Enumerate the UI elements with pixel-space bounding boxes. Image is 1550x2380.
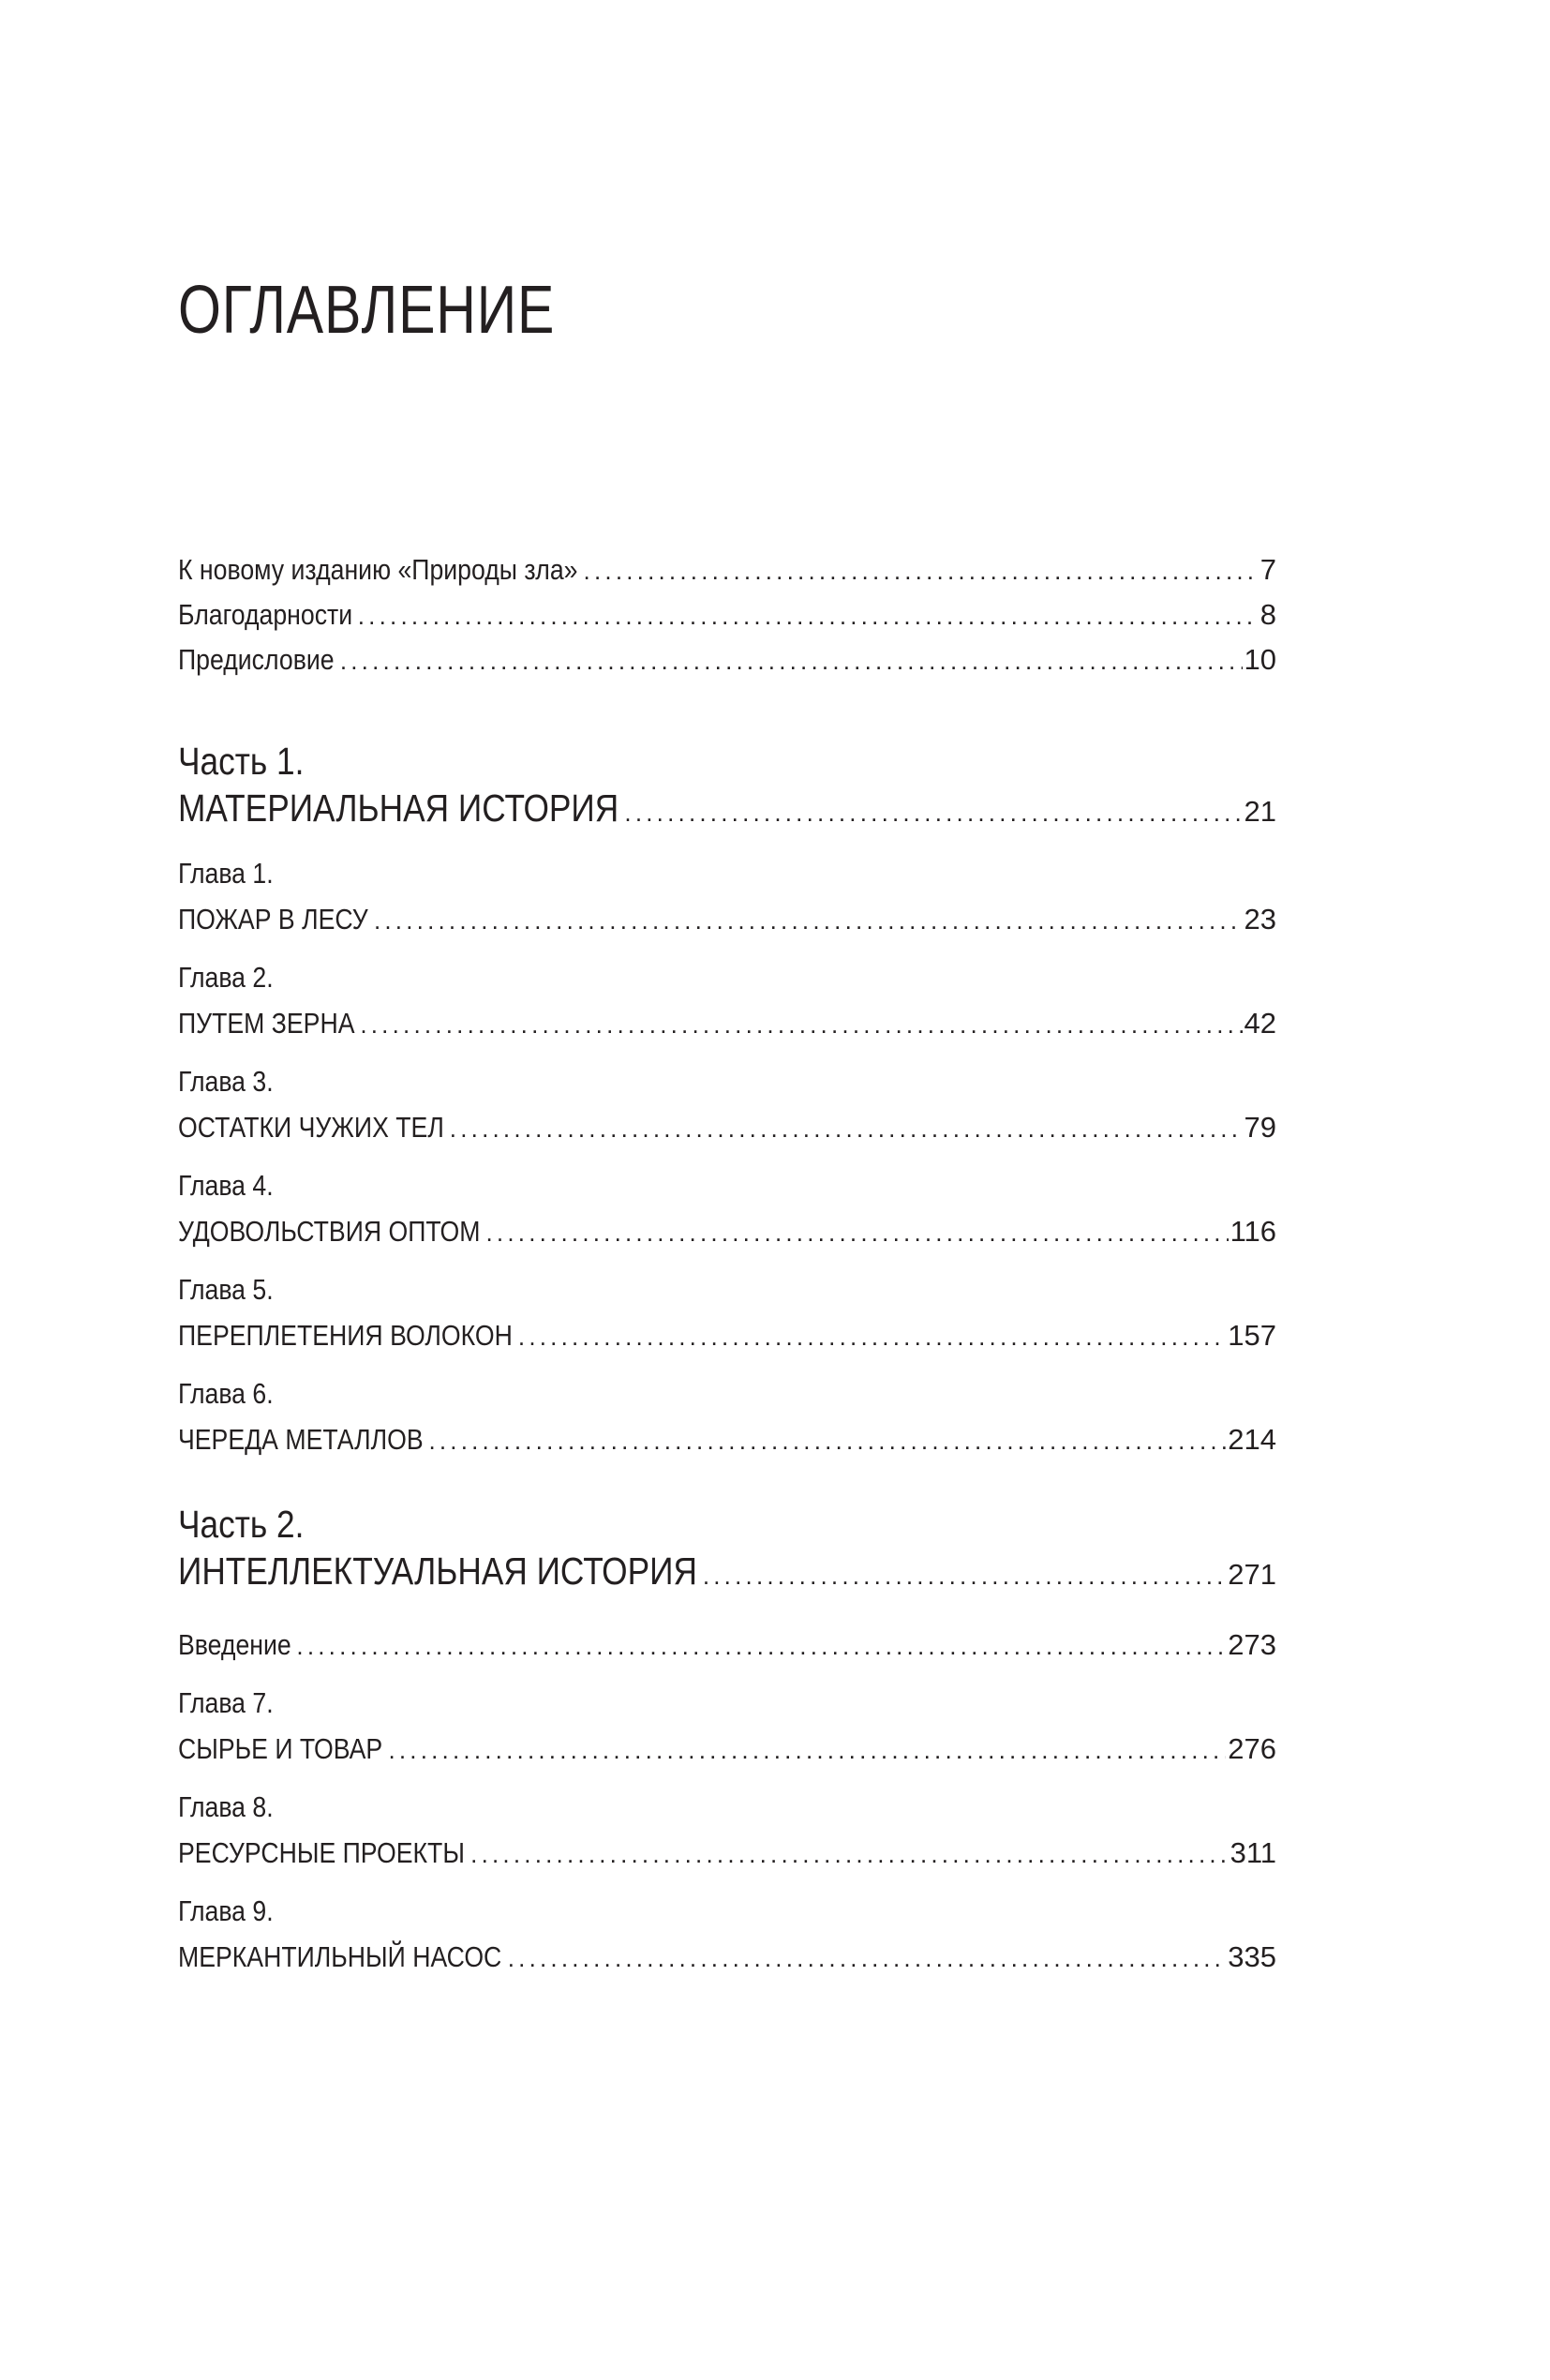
chapter-title: СЫРЬЕ И ТОВАР	[178, 1730, 382, 1768]
toc-entry-introduction[interactable]: Введение 273	[178, 1626, 1276, 1665]
leader-dots	[296, 1627, 1226, 1665]
chapter-title: РЕСУРСНЫЕ ПРОЕКТЫ	[178, 1834, 465, 1872]
part-label-text: Часть 2.	[178, 1501, 304, 1548]
toc-entry-title: Введение	[178, 1626, 291, 1664]
toc-entry-title: Предисловие	[178, 641, 335, 679]
chapter-title: ПОЖАР В ЛЕСУ	[178, 901, 368, 938]
toc-page-number: 335	[1228, 1938, 1276, 1976]
toc-page-number: 8	[1260, 596, 1276, 634]
toc-page-number: 23	[1244, 901, 1276, 938]
leader-dots	[340, 642, 1243, 680]
chapter-title: ПУТЕМ ЗЕРНА	[178, 1005, 354, 1042]
leader-dots	[374, 902, 1243, 939]
toc-page-number: 276	[1228, 1730, 1276, 1768]
toc-page-number: 214	[1228, 1421, 1276, 1459]
toc-entry-chapter-6[interactable]: ЧЕРЕДА МЕТАЛЛОВ 214	[178, 1421, 1276, 1459]
toc-page-number: 21	[1244, 788, 1276, 835]
toc-entry-chapter-9[interactable]: МЕРКАНТИЛЬНЫЙ НАСОС 335	[178, 1938, 1276, 1977]
chapter-title: МЕРКАНТИЛЬНЫЙ НАСОС	[178, 1938, 501, 1976]
toc-page-number: 157	[1228, 1317, 1276, 1355]
toc-entry-new-edition[interactable]: К новому изданию «Природы зла» 7	[178, 551, 1276, 590]
toc-entry-chapter-3[interactable]: ОСТАТКИ ЧУЖИХ ТЕЛ 79	[178, 1109, 1276, 1147]
leader-dots	[388, 1731, 1226, 1769]
leader-dots	[360, 1006, 1242, 1043]
page-title-text: ОГЛАВЛЕНИЕ	[178, 268, 555, 352]
page-title: ОГЛАВЛЕНИЕ	[178, 268, 637, 352]
toc-entry-chapter-2[interactable]: ПУТЕМ ЗЕРНА 42	[178, 1005, 1276, 1043]
toc-entry-title: Благодарности	[178, 596, 352, 634]
chapter-6-label: Глава 6.	[178, 1375, 289, 1413]
toc-page-number: 10	[1244, 641, 1276, 679]
leader-dots	[358, 597, 1259, 635]
chapter-2-label: Глава 2.	[178, 959, 289, 996]
toc-page-number: 273	[1228, 1626, 1276, 1664]
chapter-title: ОСТАТКИ ЧУЖИХ ТЕЛ	[178, 1109, 444, 1146]
chapter-label-text: Глава 1.	[178, 855, 274, 892]
chapter-1-label: Глава 1.	[178, 855, 289, 892]
toc-entry-chapter-4[interactable]: УДОВОЛЬСТВИЯ ОПТОМ 116	[178, 1213, 1276, 1251]
leader-dots	[624, 789, 1242, 836]
toc-entry-acknowledgements[interactable]: Благодарности 8	[178, 596, 1276, 635]
part-title: ИНТЕЛЛЕКТУАЛЬНАЯ ИСТОРИЯ	[178, 1548, 697, 1594]
part-title: МАТЕРИАЛЬНАЯ ИСТОРИЯ	[178, 785, 619, 831]
leader-dots	[470, 1835, 1228, 1873]
toc-entry-chapter-5[interactable]: ПЕРЕПЛЕТЕНИЯ ВОЛОКОН 157	[178, 1317, 1276, 1355]
toc-entry-chapter-7[interactable]: СЫРЬЕ И ТОВАР 276	[178, 1730, 1276, 1769]
leader-dots	[703, 1552, 1226, 1599]
toc-page-number: 271	[1228, 1551, 1276, 1598]
toc-entry-preface[interactable]: Предисловие 10	[178, 641, 1276, 680]
toc-entry-part-1[interactable]: МАТЕРИАЛЬНАЯ ИСТОРИЯ 21	[178, 785, 1276, 836]
leader-dots	[486, 1214, 1229, 1251]
toc-page-number: 116	[1230, 1213, 1276, 1250]
leader-dots	[518, 1318, 1226, 1355]
chapter-title: ПЕРЕПЛЕТЕНИЯ ВОЛОКОН	[178, 1317, 513, 1355]
chapter-label-text: Глава 4.	[178, 1167, 274, 1205]
chapter-9-label: Глава 9.	[178, 1893, 289, 1930]
part-2-label: Часть 2.	[178, 1501, 324, 1548]
toc-page-number: 311	[1230, 1834, 1276, 1872]
chapter-label-text: Глава 7.	[178, 1684, 274, 1722]
toc-entry-part-2[interactable]: ИНТЕЛЛЕКТУАЛЬНАЯ ИСТОРИЯ 271	[178, 1548, 1276, 1599]
chapter-label-text: Глава 6.	[178, 1375, 274, 1413]
chapter-3-label: Глава 3.	[178, 1063, 289, 1100]
chapter-title: ЧЕРЕДА МЕТАЛЛОВ	[178, 1421, 424, 1459]
chapter-label-text: Глава 2.	[178, 959, 274, 996]
toc-entry-title: К новому изданию «Природы зла»	[178, 551, 578, 589]
chapter-8-label: Глава 8.	[178, 1789, 289, 1826]
leader-dots	[508, 1939, 1227, 1977]
chapter-title: УДОВОЛЬСТВИЯ ОПТОМ	[178, 1213, 480, 1250]
part-1-label: Часть 1.	[178, 738, 324, 785]
toc-entry-chapter-8[interactable]: РЕСУРСНЫЕ ПРОЕКТЫ 311	[178, 1834, 1276, 1873]
toc-page-number: 79	[1244, 1109, 1276, 1146]
toc-entry-chapter-1[interactable]: ПОЖАР В ЛЕСУ 23	[178, 901, 1276, 939]
leader-dots	[450, 1110, 1243, 1147]
chapter-7-label: Глава 7.	[178, 1684, 289, 1722]
chapter-label-text: Глава 8.	[178, 1789, 274, 1826]
chapter-4-label: Глава 4.	[178, 1167, 289, 1205]
toc-page-number: 42	[1244, 1005, 1276, 1042]
part-label-text: Часть 1.	[178, 738, 304, 785]
leader-dots	[428, 1422, 1226, 1459]
chapter-label-text: Глава 3.	[178, 1063, 274, 1100]
leader-dots	[584, 552, 1259, 590]
chapter-5-label: Глава 5.	[178, 1271, 289, 1309]
toc-page-number: 7	[1260, 551, 1276, 589]
chapter-label-text: Глава 9.	[178, 1893, 274, 1930]
chapter-label-text: Глава 5.	[178, 1271, 274, 1309]
